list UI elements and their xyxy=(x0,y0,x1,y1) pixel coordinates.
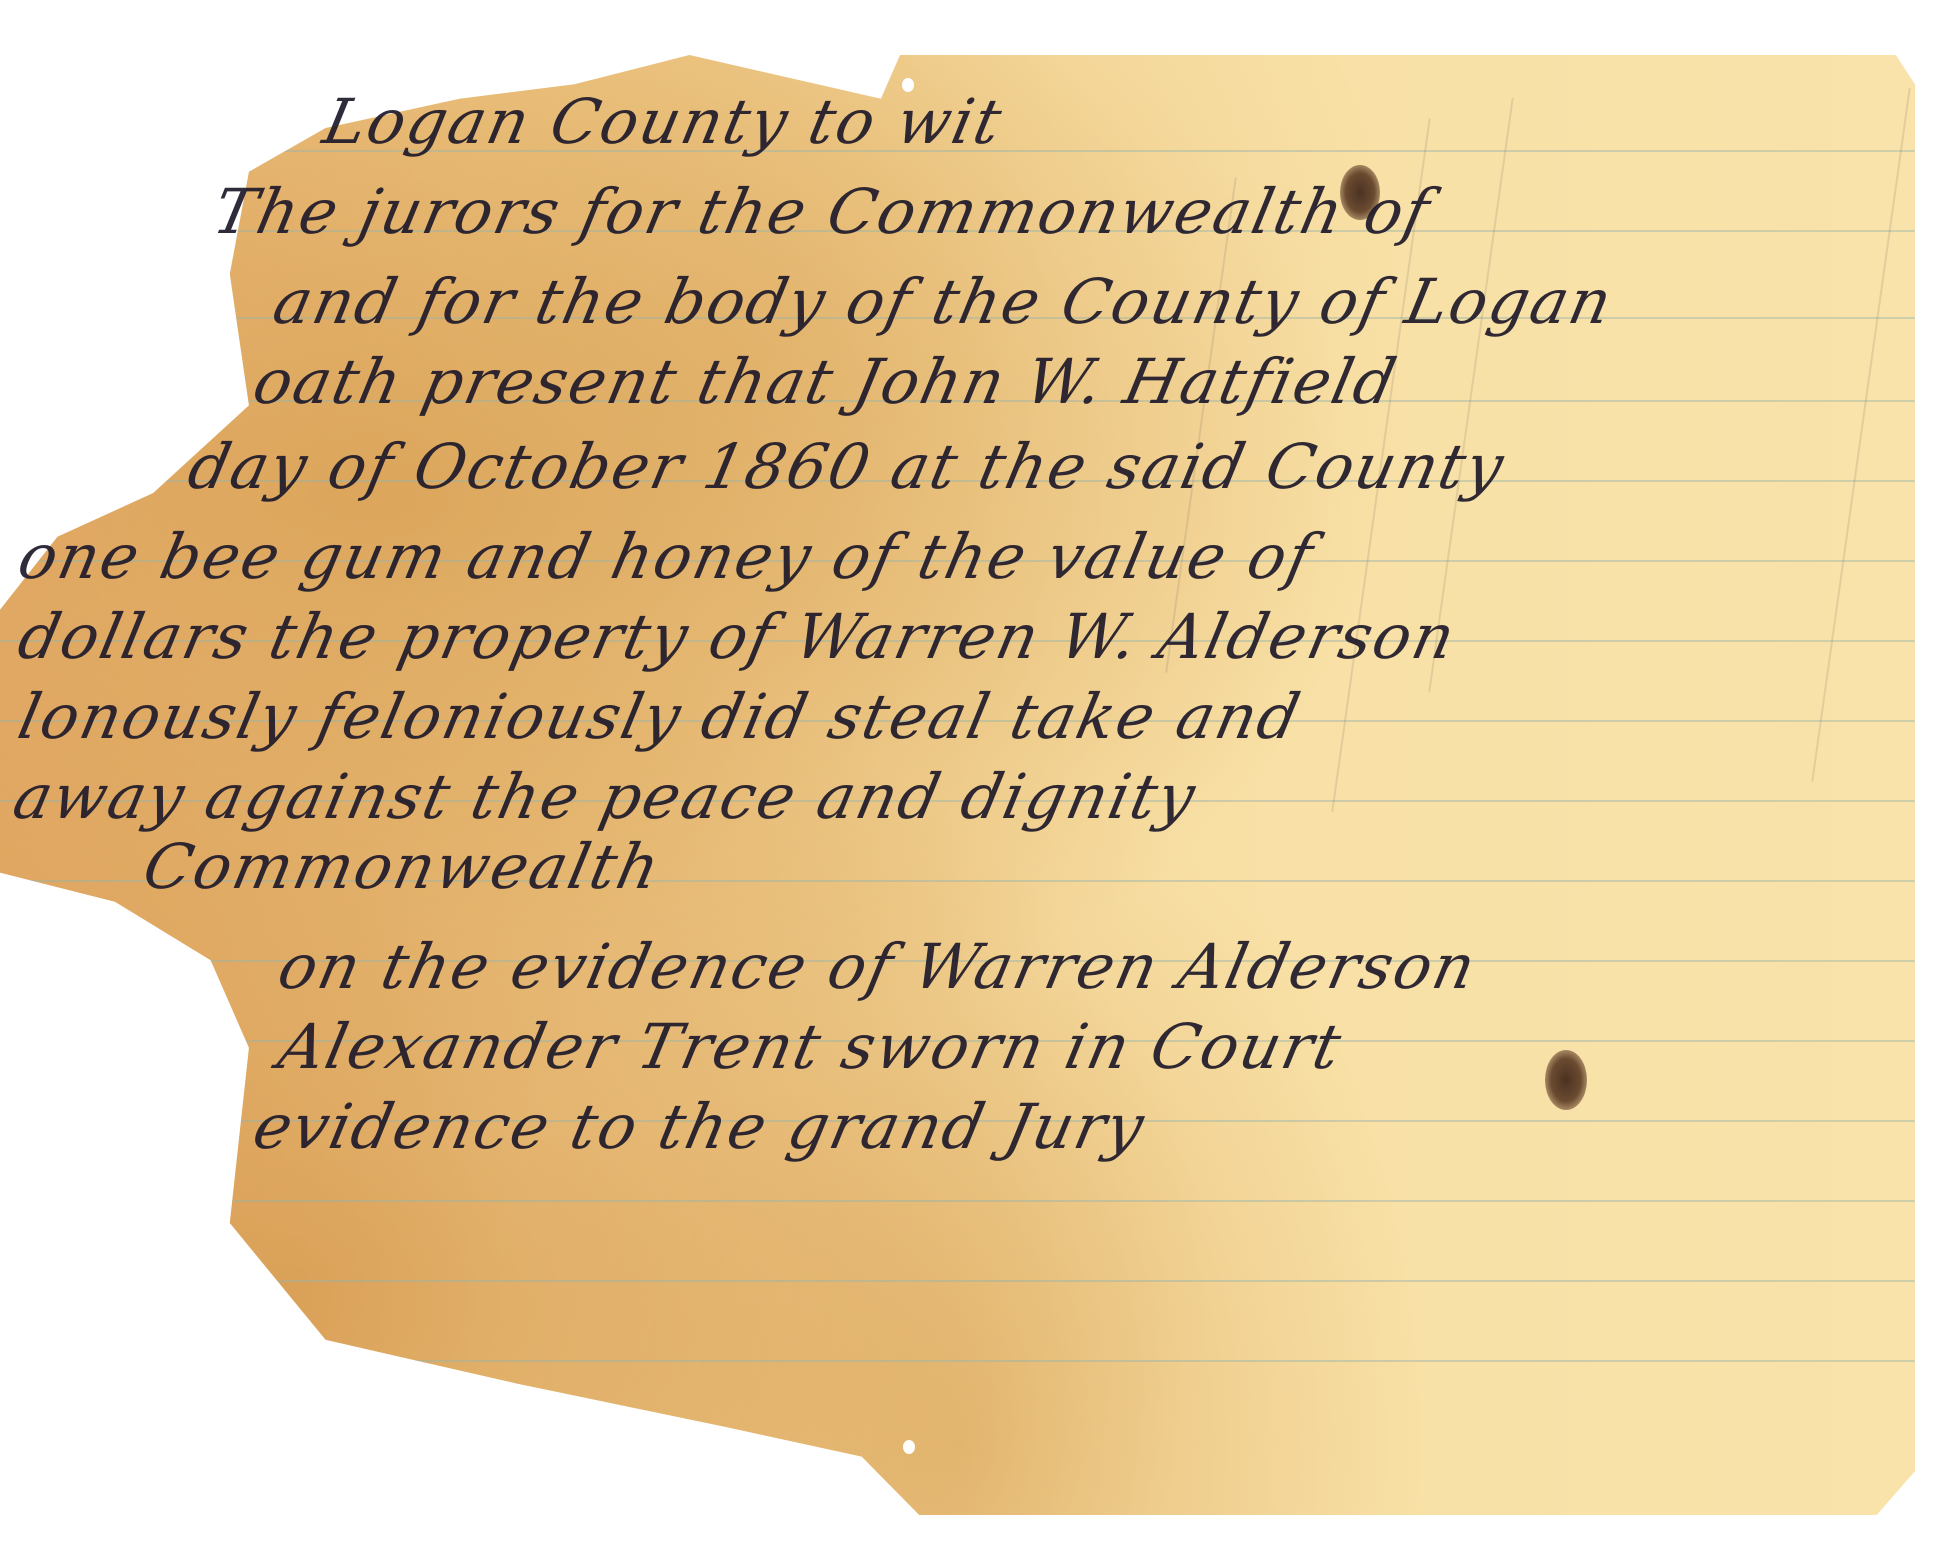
text-line-2: The jurors for the Commonwealth of xyxy=(207,175,1437,248)
bleed-through-mark xyxy=(1811,88,1910,781)
text-line-10: Commonwealth xyxy=(137,830,668,903)
text-line-13: evidence to the grand Jury xyxy=(247,1090,1152,1163)
bleed-through-mark xyxy=(1165,177,1237,672)
text-line-4: oath present that John W. Hatfield xyxy=(247,345,1404,418)
text-line-12: Alexander Trent sworn in Court xyxy=(272,1010,1349,1083)
ink-stain xyxy=(1545,1050,1587,1110)
text-line-6: one bee gum and honey of the value of xyxy=(12,520,1321,593)
punch-hole xyxy=(903,1440,915,1454)
ruled-line xyxy=(0,1360,1915,1362)
ruled-line xyxy=(0,1280,1915,1282)
text-line-7: dollars the property of Warren W. Alders… xyxy=(12,600,1463,673)
text-line-9: away against the peace and dignity xyxy=(7,760,1203,833)
ruled-line xyxy=(0,1200,1915,1202)
text-line-3: and for the body of the County of Logan xyxy=(267,265,1620,338)
text-line-1: Logan County to wit xyxy=(317,85,1009,158)
text-line-11: on the evidence of Warren Alderson xyxy=(272,930,1483,1003)
text-line-8: lonously feloniously did steal take and xyxy=(12,680,1308,753)
text-line-5: day of October 1860 at the said County xyxy=(182,430,1511,503)
